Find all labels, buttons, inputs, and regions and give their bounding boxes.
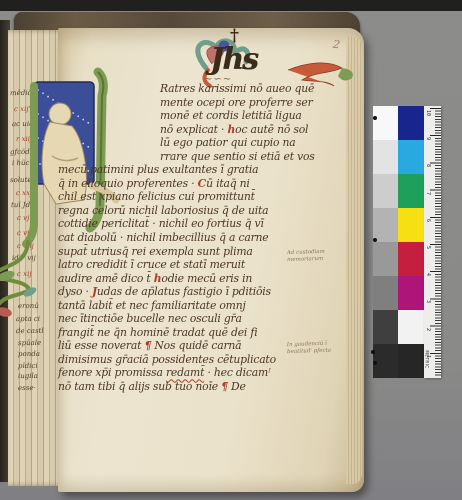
body-text: tantā labit̄ et nec familiaritate omnj [58, 299, 246, 312]
text-line: frangit̄ ne q̄n hominē tradat quē dei fi [58, 326, 308, 340]
registration-dot [373, 238, 377, 242]
body-text: mente ocepi ore proferre ser [160, 96, 313, 109]
body-text: audire amē dico t̄ [58, 272, 154, 285]
body-text: lū ego patior qui cupio na [160, 136, 296, 149]
ruler-number: 3 [425, 300, 431, 308]
ihs-monogram: Jhs [210, 42, 257, 77]
photograph-stage: mēdiōec xij°ac uiēr xiij°gfcōdii hūc uīs… [0, 0, 462, 500]
body-text: Ratres karissimi nō aueo quē [160, 82, 314, 95]
ruler-number: 4 [425, 273, 431, 281]
manuscript-book: mēdiōec xij°ac uiēr xiij°gfcōdii hūc uīs… [0, 8, 372, 490]
text-block: Ratres karissimi nō aueo quēmente ocepi … [58, 82, 308, 394]
body-text: fenore xp̄i promissa [58, 366, 166, 379]
body-text: · hec dicam [204, 366, 268, 379]
text-line: tantā labit̄ et nec familiaritate omnj [58, 299, 308, 313]
body-text: dimisimus gr̄aciā possidentes cētuplicat… [58, 353, 276, 366]
text-line: cottidie periclitat̄ · nichil eo fortius… [58, 217, 308, 231]
rubricated-text: ¶ [221, 380, 228, 393]
grayscale-patch [373, 140, 398, 174]
ruler-number: 8 [425, 164, 431, 172]
text-line: nō explicat · hoc autē nō sol [58, 123, 308, 137]
body-text: regna celorū nichil laboriosius q̄ de ui… [58, 204, 268, 217]
text-line: nec ītinctiōe bucelle nec osculi gr̄a [58, 312, 308, 326]
marginal-annotation: Ad custodiammemoriarum [287, 248, 351, 263]
body-text: nō explicat · [160, 123, 228, 136]
text-line: Ratres karissimi nō aueo quē [58, 82, 308, 96]
color-calibration-target: 10987654321 METRIC [373, 106, 441, 378]
body-text: oc autē nō sol [235, 123, 308, 136]
grayscale-patch [373, 208, 398, 242]
grayscale-patch [373, 344, 398, 378]
text-line: latro credidit ī cruce et statī meruit [58, 258, 308, 272]
text-line: liū esse noverat ¶ Nos quidē carnā [58, 339, 308, 353]
body-text: nec ītinctiōe bucelle nec osculi gr̄a [58, 312, 242, 325]
color-chip-column [398, 106, 424, 378]
color-patch [398, 310, 424, 344]
grayscale-patch [373, 106, 398, 140]
ruler-number: 2 [425, 328, 431, 336]
registration-dot [371, 350, 375, 354]
metric-ruler-label: METRIC [425, 350, 430, 368]
text-line: monē et cordis letitiā ligua [58, 109, 308, 123]
fore-edge-text-fragment: pīdici [18, 363, 38, 370]
body-text: cottidie periclitat̄ · nichil eo fortius… [58, 217, 264, 230]
body-text: rrare que sentio si etiā et vos [160, 150, 315, 163]
text-line: audire amē dico t̄ hodie mecū eris in [58, 272, 308, 286]
grayscale-patch [373, 276, 398, 310]
body-text: cat diabolū · nichil imbecillius q̄ a ca… [58, 231, 269, 244]
registration-dot [373, 116, 377, 120]
body-text: Nos quidē carnā [151, 339, 241, 352]
text-line: dimisimus gr̄aciā possidentes cētuplicat… [58, 353, 308, 367]
body-text: redamt̄ [166, 366, 204, 379]
text-line: chil est xpiano felicius cui promittunt̄ [58, 190, 308, 204]
body-text: udas de ap̄latus fastigio ī pditiōis [97, 285, 271, 298]
rubricated-text: C [198, 177, 206, 190]
body-text: De [228, 380, 246, 393]
metric-ruler: 10987654321 METRIC [424, 106, 441, 378]
ruler-number: 6 [425, 219, 431, 227]
text-line: nō tam tibi q̄ alijs sub tuo noīe ¶ De [58, 380, 308, 394]
text-line: mente ocepi ore proferre ser [58, 96, 308, 110]
grayscale-patch [373, 242, 398, 276]
body-text: odie mecū eris in [161, 272, 252, 285]
text-line: q̄ in elloquio proferentes · Cū itaq̄ ni [58, 177, 308, 191]
body-text: dyso · [58, 285, 92, 298]
body-text: supat̄ utriusq̄ rei exempla sunt plima [58, 245, 253, 258]
body-text: chil est xpiano felicius cui promittunt̄ [58, 190, 255, 203]
text-line: rrare que sentio si etiā et vos [58, 150, 308, 164]
grayscale-patch [373, 174, 398, 208]
body-text: monē et cordis letitiā ligua [160, 109, 302, 122]
text-line: supat̄ utriusq̄ rei exempla sunt plima [58, 245, 308, 259]
color-patch [398, 140, 424, 174]
body-text: liū esse noverat [58, 339, 145, 352]
ruler-number: 5 [425, 246, 431, 254]
rubricated-text: ꜝ [268, 366, 271, 379]
body-text: mecū patimini plus exultantes ī gratia [58, 163, 258, 176]
text-line: regna celorū nichil laboriosius q̄ de ui… [58, 204, 308, 218]
color-patch [398, 208, 424, 242]
manuscript-page: 2 † Jhs ∼∽∼ [58, 28, 364, 492]
color-patch [398, 344, 424, 378]
ruler-number: 10 [425, 110, 431, 118]
marginal-annotation: In gaudenciū ībeatitud' pfecta [287, 340, 351, 355]
color-patch [398, 106, 424, 140]
body-text: latro credidit ī cruce et statī meruit [58, 258, 245, 271]
text-line: fenore xp̄i promissa redamt̄ · hec dicam… [58, 366, 308, 380]
ruler-number: 7 [425, 192, 431, 200]
grayscale-patch [373, 310, 398, 344]
fore-edge-text-fragment: ponda [18, 351, 40, 358]
text-line: dyso · Judas de ap̄latus fastigio ī pdit… [58, 285, 308, 299]
color-patch [398, 242, 424, 276]
color-patch [398, 174, 424, 208]
text-line: mecū patimini plus exultantes ī gratia [58, 163, 308, 177]
color-patch [398, 276, 424, 310]
text-line: cat diabolū · nichil imbecillius q̄ a ca… [58, 231, 308, 245]
fore-edge-text-fragment: iugila [18, 373, 38, 380]
body-text: q̄ in elloquio proferentes · [58, 177, 198, 190]
ruler-number: 9 [425, 137, 431, 145]
fore-edge-text-fragment: esse· [18, 385, 36, 392]
text-line: lū ego patior qui cupio na [58, 136, 308, 150]
ruler-major-ticks [430, 108, 441, 376]
body-text: nō tam tibi q̄ alijs sub tuo noīe [58, 380, 221, 393]
grayscale-column [373, 106, 398, 378]
body-text: ū itaq̄ ni [206, 177, 250, 190]
registration-dot [373, 361, 377, 365]
body-text: frangit̄ ne q̄n hominē tradat quē dei fi [58, 326, 257, 339]
